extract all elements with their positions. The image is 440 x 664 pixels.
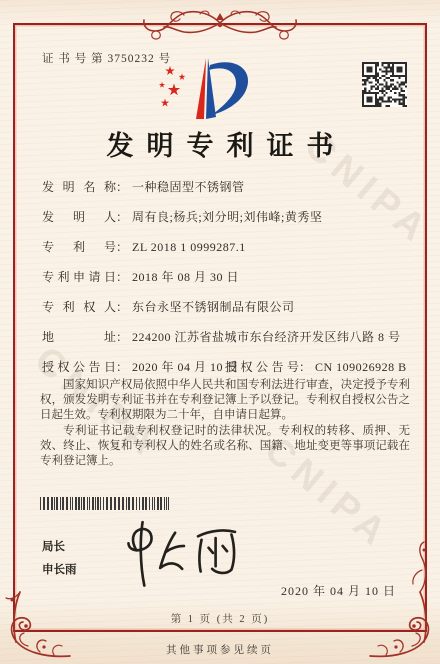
field-value: 2018 年 08 月 30 日 <box>132 270 239 284</box>
field-value: CN 109026928 B <box>315 360 407 374</box>
field-value: 周有良;杨兵;刘分明;刘伟峰;黄秀坚 <box>132 210 322 224</box>
page-indicator: 第 1 页 (共 2 页) <box>0 611 440 626</box>
legal-paragraph-1: 国家知识产权局依照中华人民共和国专利法进行审查，决定授予专利权，颁发发明专利证书… <box>40 378 410 424</box>
field-grant-number: 授权公告号：CN 109026928 B <box>225 360 407 374</box>
legal-paragraph-2: 专利证书记载专利权登记时的法律状况。专利权的转移、质押、无效、终止、恢复和专利权… <box>40 424 410 470</box>
legal-text: 国家知识产权局依照中华人民共和国专利法进行审查，决定授予专利权，颁发发明专利证书… <box>40 378 410 469</box>
qr-code-icon <box>362 62 407 107</box>
field-value: 224200 江苏省盐城市东台经济开发区纬八路 8 号 <box>132 330 401 344</box>
field-address: 地址：224200 江苏省盐城市东台经济开发区纬八路 8 号 <box>42 330 412 360</box>
field-label: 专利权人 <box>42 300 116 314</box>
field-patent-number: 专利号：ZL 2018 1 0999287.1 <box>42 240 412 270</box>
grant-date: 2020 年 04 月 10 日 <box>281 582 396 599</box>
field-invention-name: 发明名称：一种稳固型不锈钢管 <box>42 180 412 210</box>
field-label: 授权公告号 <box>225 360 299 374</box>
field-value: 一种稳固型不锈钢管 <box>132 180 245 194</box>
continuation-note: 其他事项参见续页 <box>0 642 440 657</box>
director-signature-icon <box>110 518 242 588</box>
top-filigree-ornament-icon <box>140 6 300 42</box>
barcode-icon <box>40 497 172 510</box>
field-label: 发明人 <box>42 210 116 224</box>
field-label: 专利号 <box>42 240 116 254</box>
field-value: 东台永坚不锈钢制品有限公司 <box>132 300 295 314</box>
field-value: 2020 年 04 月 10 日 <box>132 360 239 374</box>
field-inventors: 发明人：周有良;杨兵;刘分明;刘伟峰;黄秀坚 <box>42 210 412 240</box>
field-label: 授权公告日 <box>42 360 116 374</box>
director-block: 局长 申长雨 <box>42 536 77 582</box>
director-title: 局长 <box>42 536 77 559</box>
director-name: 申长雨 <box>42 559 77 582</box>
cnipa-watermark: CNIPA <box>0 0 29 8</box>
field-filing-date: 专利申请日：2018 年 08 月 30 日 <box>42 270 412 300</box>
field-list: 发明名称：一种稳固型不锈钢管 发明人：周有良;杨兵;刘分明;刘伟峰;黄秀坚 专利… <box>42 180 412 390</box>
cnipa-logo-icon <box>150 57 256 121</box>
certificate-title: 发明专利证书 <box>0 124 440 163</box>
patent-certificate-page: { "header": { "cert_no": "证 书 号 第 375023… <box>0 0 440 664</box>
field-label: 专利申请日 <box>42 270 116 284</box>
field-label: 发明名称 <box>42 180 116 194</box>
field-patentee: 专利权人：：东台永坚不锈钢制品有限公司 <box>42 300 412 330</box>
field-value: ZL 2018 1 0999287.1 <box>132 240 246 254</box>
field-label: 地址 <box>42 330 116 344</box>
